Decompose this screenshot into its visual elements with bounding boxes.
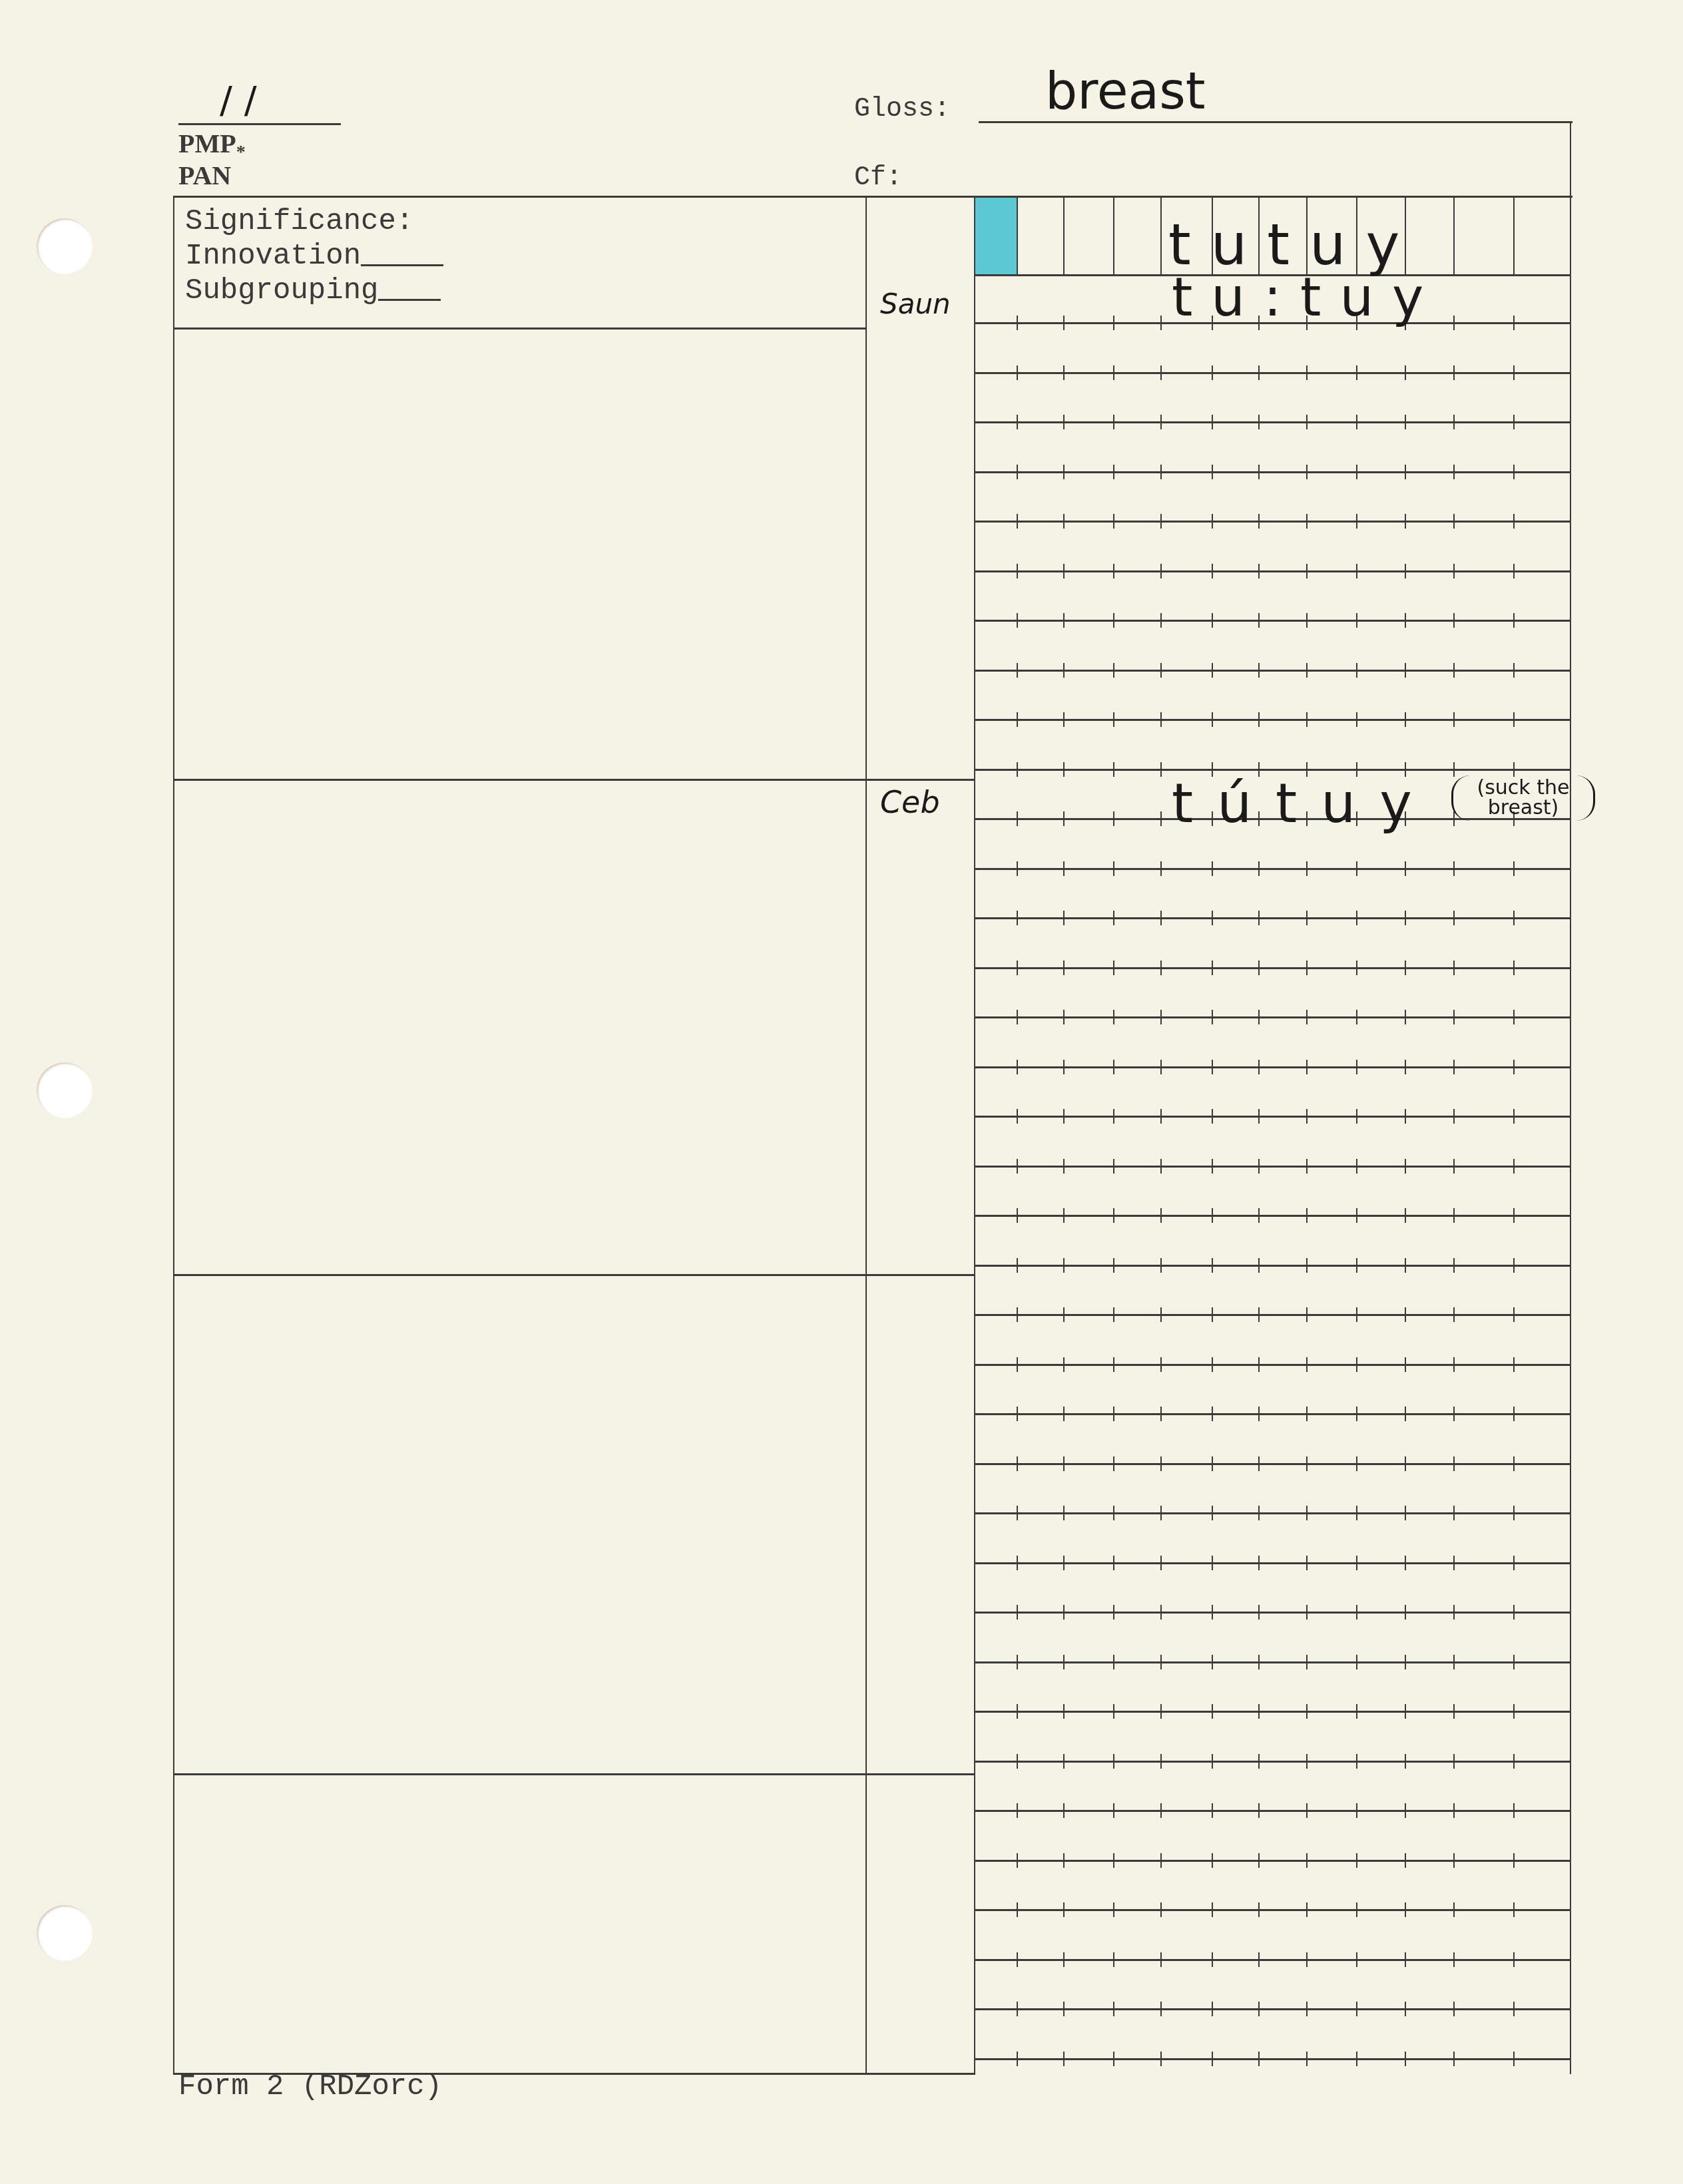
ruled-tick	[1453, 1208, 1455, 1223]
ruled-tick	[1212, 2002, 1213, 2016]
ruled-tick	[1017, 1010, 1018, 1024]
ruled-tick	[1356, 1357, 1357, 1372]
ruled-tick	[1017, 1853, 1018, 1868]
ruled-tick	[1405, 1704, 1406, 1719]
ruled-tick	[1513, 1109, 1515, 1124]
ruled-tick	[1212, 1109, 1213, 1124]
ruled-tick	[1453, 1704, 1455, 1719]
ruled-tick	[1212, 712, 1213, 727]
ruled-tick	[1306, 961, 1308, 975]
ruled-tick	[1405, 1902, 1406, 1917]
ruled-tick	[1212, 1754, 1213, 1769]
ruled-tick	[1453, 1754, 1455, 1769]
ruled-tick	[1063, 1902, 1065, 1917]
ruled-tick	[1063, 712, 1065, 727]
ruled-tick	[1160, 1803, 1162, 1818]
ruled-tick	[1453, 1010, 1455, 1024]
ruled-tick	[1453, 1060, 1455, 1074]
ruled-tick	[1063, 1952, 1065, 1967]
ruled-tick	[1113, 1853, 1114, 1868]
ruled-tick	[1356, 1902, 1357, 1917]
ruled-tick	[1258, 1655, 1260, 1669]
ruled-tick	[1356, 365, 1357, 380]
ruled-tick	[1063, 1704, 1065, 1719]
ruled-tick	[1513, 1754, 1515, 1769]
ruled-tick	[1306, 1902, 1308, 1917]
entry-form-saun[interactable]: tu:tuy	[1172, 266, 1442, 328]
ruled-tick	[1160, 1010, 1162, 1024]
ruled-tick	[1453, 1902, 1455, 1917]
ruled-tick	[1258, 961, 1260, 975]
ruled-tick	[1513, 1060, 1515, 1074]
ruled-tick	[1405, 1357, 1406, 1372]
entry-language-saun: Saun	[880, 288, 951, 320]
date-underline	[178, 123, 341, 125]
pan-label: PAN	[178, 160, 231, 191]
gloss-underline	[979, 121, 1572, 123]
ruled-tick	[1453, 861, 1455, 876]
ruled-tick	[1258, 415, 1260, 429]
ruled-tick	[1063, 1754, 1065, 1769]
ruled-tick	[1063, 1456, 1065, 1471]
ruled-tick	[1405, 2052, 1406, 2066]
ruled-tick	[1306, 1159, 1308, 1174]
ruled-tick	[1160, 1456, 1162, 1471]
ruled-tick	[1017, 861, 1018, 876]
ruled-tick	[1356, 415, 1357, 429]
ruled-tick	[1113, 1952, 1114, 1967]
date-slashes: / /	[220, 79, 257, 122]
ruled-tick	[1258, 1853, 1260, 1868]
ruled-tick	[1513, 1853, 1515, 1868]
gloss-value[interactable]: breast	[1045, 61, 1206, 120]
ruled-tick	[1405, 514, 1406, 529]
ruled-tick	[1113, 1605, 1114, 1620]
ruled-tick	[1513, 613, 1515, 628]
ruled-tick	[1453, 1506, 1455, 1520]
pmp-text: PMP	[178, 128, 236, 158]
ruled-tick	[1453, 712, 1455, 727]
ruled-tick	[1453, 465, 1455, 479]
ruled-tick	[1356, 514, 1357, 529]
ruled-tick	[1258, 1556, 1260, 1570]
cell-divider	[1113, 196, 1114, 276]
ruled-tick	[1306, 1605, 1308, 1620]
ruled-tick	[1160, 613, 1162, 628]
ruled-tick	[1017, 1952, 1018, 1967]
ruled-tick	[1258, 514, 1260, 529]
ruled-tick	[1453, 1605, 1455, 1620]
ruled-tick	[1453, 316, 1455, 330]
ruled-tick	[1017, 961, 1018, 975]
ruled-tick	[1356, 1952, 1357, 1967]
ruled-tick	[1212, 1556, 1213, 1570]
ruled-tick	[1212, 1605, 1213, 1620]
ruled-tick	[1356, 1853, 1357, 1868]
ruled-tick	[1405, 564, 1406, 578]
ruled-tick	[1017, 1754, 1018, 1769]
ruled-tick	[1405, 1952, 1406, 1967]
ruled-tick	[1306, 1258, 1308, 1273]
ruled-tick	[1356, 1456, 1357, 1471]
ruled-tick	[1513, 1159, 1515, 1174]
ruled-tick	[1405, 1556, 1406, 1570]
ruled-tick	[1212, 1159, 1213, 1174]
ruled-tick	[1017, 316, 1018, 330]
ruled-tick	[1513, 564, 1515, 578]
ruled-tick	[1306, 1456, 1308, 1471]
ruled-tick	[1212, 1704, 1213, 1719]
ruled-tick	[1017, 1704, 1018, 1719]
ruled-tick	[1160, 2002, 1162, 2016]
ruled-tick	[1453, 1159, 1455, 1174]
ruled-tick	[1513, 911, 1515, 925]
ruled-tick	[1113, 1754, 1114, 1769]
ruled-tick	[1405, 861, 1406, 876]
ruled-tick	[1113, 811, 1114, 826]
ruled-tick	[1405, 663, 1406, 678]
ruled-tick	[1160, 1556, 1162, 1570]
ruled-tick	[1212, 1803, 1213, 1818]
ruled-tick	[1513, 961, 1515, 975]
section-divider-2	[173, 1274, 975, 1276]
ruled-tick	[1063, 1159, 1065, 1174]
ruled-tick	[1356, 2052, 1357, 2066]
ruled-tick	[1405, 1159, 1406, 1174]
ruled-tick	[1212, 1010, 1213, 1024]
ruled-tick	[1063, 1208, 1065, 1223]
ruled-tick	[1513, 1605, 1515, 1620]
ruled-tick	[1513, 1556, 1515, 1570]
ruled-tick	[1306, 1109, 1308, 1124]
ruled-tick	[1356, 1704, 1357, 1719]
ruled-tick	[1405, 1605, 1406, 1620]
innovation-blank[interactable]	[361, 264, 443, 266]
ruled-tick	[1453, 1803, 1455, 1818]
ruled-tick	[1258, 1952, 1260, 1967]
ruled-tick	[1356, 2002, 1357, 2016]
section-divider-3	[173, 1773, 975, 1775]
ruled-tick	[1160, 861, 1162, 876]
ruled-tick	[1017, 415, 1018, 429]
ruled-tick	[1258, 2002, 1260, 2016]
ruled-tick	[1356, 1655, 1357, 1669]
ruled-tick	[1356, 1803, 1357, 1818]
ruled-tick	[1160, 564, 1162, 578]
ruled-tick	[1113, 1506, 1114, 1520]
ruled-tick	[1453, 663, 1455, 678]
ruled-tick	[1513, 2052, 1515, 2066]
ruled-tick	[1258, 1060, 1260, 1074]
ruled-tick	[1513, 1357, 1515, 1372]
ruled-tick	[1513, 1704, 1515, 1719]
ruled-tick	[1306, 911, 1308, 925]
ruled-tick	[1160, 365, 1162, 380]
ruled-tick	[1306, 1704, 1308, 1719]
ruled-tick	[1113, 415, 1114, 429]
ruled-tick	[1113, 465, 1114, 479]
ruled-tick	[1513, 1407, 1515, 1421]
ruled-tick	[1405, 613, 1406, 628]
ruled-tick	[1453, 1655, 1455, 1669]
ruled-tick	[1160, 1605, 1162, 1620]
ruled-tick	[1513, 861, 1515, 876]
ruled-tick	[1160, 1853, 1162, 1868]
ruled-tick	[1212, 613, 1213, 628]
ruled-tick	[1258, 1109, 1260, 1124]
ruled-tick	[1306, 1357, 1308, 1372]
ruled-tick	[1306, 1803, 1308, 1818]
ruled-tick	[1113, 1556, 1114, 1570]
subgrouping-blank[interactable]	[378, 299, 441, 301]
ruled-tick	[1063, 564, 1065, 578]
ruled-tick	[1017, 1208, 1018, 1223]
ruled-tick	[1160, 1357, 1162, 1372]
language-column-left-border	[865, 196, 867, 2074]
ruled-tick	[1063, 1853, 1065, 1868]
ruled-tick	[1453, 1952, 1455, 1967]
ruled-tick	[1453, 762, 1455, 777]
binder-hole-top	[37, 218, 93, 274]
ruled-tick	[1160, 465, 1162, 479]
ruled-tick	[1356, 712, 1357, 727]
ruled-tick	[1063, 1109, 1065, 1124]
ruled-tick	[1306, 1407, 1308, 1421]
ruled-tick	[1513, 1307, 1515, 1322]
ruled-tick	[1306, 861, 1308, 876]
ruled-tick	[1212, 514, 1213, 529]
ruled-tick	[1113, 1655, 1114, 1669]
ruled-tick	[1063, 1060, 1065, 1074]
ruled-tick	[1212, 1357, 1213, 1372]
ruled-tick	[1453, 1456, 1455, 1471]
ruled-tick	[1113, 1109, 1114, 1124]
ruled-tick	[1513, 1655, 1515, 1669]
ruled-tick	[1160, 1655, 1162, 1669]
ruled-tick	[1113, 712, 1114, 727]
ruled-tick	[1453, 1258, 1455, 1273]
ruled-tick	[1160, 1258, 1162, 1273]
ruled-tick	[1405, 1208, 1406, 1223]
ruled-tick	[1513, 1506, 1515, 1520]
ruled-tick	[1113, 911, 1114, 925]
ruled-tick	[1113, 1208, 1114, 1223]
ruled-tick	[1306, 1307, 1308, 1322]
ruled-tick	[1405, 961, 1406, 975]
ruled-tick	[1306, 1060, 1308, 1074]
ruled-tick	[1453, 961, 1455, 975]
ruled-tick	[1212, 1307, 1213, 1322]
ruled-tick	[1113, 1357, 1114, 1372]
ruled-tick	[1212, 1853, 1213, 1868]
ruled-tick	[1405, 465, 1406, 479]
ruled-tick	[1063, 316, 1065, 330]
ruled-tick	[1160, 1407, 1162, 1421]
ruled-tick	[1113, 762, 1114, 777]
ruled-tick	[1258, 1902, 1260, 1917]
ruled-tick	[1513, 1803, 1515, 1818]
ruled-tick	[1306, 1952, 1308, 1967]
innovation-field[interactable]: Innovation	[185, 240, 443, 273]
ruled-tick	[1356, 1754, 1357, 1769]
ruled-tick	[1063, 613, 1065, 628]
ruled-tick	[1063, 1655, 1065, 1669]
ruled-tick	[1113, 514, 1114, 529]
ruled-tick	[1063, 1506, 1065, 1520]
ruled-tick	[1212, 1208, 1213, 1223]
ruled-tick	[1212, 2052, 1213, 2066]
ruled-tick	[1258, 1407, 1260, 1421]
ruled-tick	[1306, 1556, 1308, 1570]
ruled-tick	[1113, 1902, 1114, 1917]
ruled-tick	[1160, 1060, 1162, 1074]
ruled-tick	[1113, 564, 1114, 578]
ruled-tick	[1160, 1952, 1162, 1967]
ruled-tick	[1212, 1258, 1213, 1273]
ruled-tick	[1212, 861, 1213, 876]
ruled-tick	[1405, 1754, 1406, 1769]
ruled-tick	[1453, 911, 1455, 925]
ruled-tick	[1212, 1655, 1213, 1669]
cell-divider	[1017, 196, 1018, 276]
ruled-tick	[1017, 1655, 1018, 1669]
ruled-tick	[1160, 316, 1162, 330]
ruled-tick	[1063, 1605, 1065, 1620]
ruled-tick	[1356, 1010, 1357, 1024]
form-top-border	[173, 196, 1572, 198]
ruled-tick	[1017, 1159, 1018, 1174]
ruled-tick	[1017, 564, 1018, 578]
ruled-tick	[1306, 1655, 1308, 1669]
ruled-tick	[1306, 1506, 1308, 1520]
cell-divider	[1513, 196, 1515, 276]
ruled-tick	[1113, 1258, 1114, 1273]
ruled-tick	[1306, 564, 1308, 578]
ruled-tick	[1063, 2002, 1065, 2016]
ruled-tick	[1405, 2002, 1406, 2016]
entry-language-ceb: Ceb	[880, 784, 940, 820]
ruled-tick	[1356, 1307, 1357, 1322]
ruled-tick	[1513, 316, 1515, 330]
ruled-tick	[1160, 1754, 1162, 1769]
ruled-tick	[1513, 514, 1515, 529]
cell-divider	[1063, 196, 1065, 276]
ruled-tick	[1113, 1704, 1114, 1719]
ruled-tick	[1405, 1109, 1406, 1124]
grid-right-border	[1570, 196, 1571, 2074]
ruled-tick	[1405, 1258, 1406, 1273]
ruled-tick	[1017, 2052, 1018, 2066]
ruled-tick	[1405, 1506, 1406, 1520]
ruled-tick	[1017, 663, 1018, 678]
ruled-tick	[1017, 811, 1018, 826]
ruled-tick	[1113, 961, 1114, 975]
ruled-tick	[1017, 1307, 1018, 1322]
ruled-tick	[1017, 465, 1018, 479]
ruled-tick	[1113, 2002, 1114, 2016]
reconstruction-highlight	[975, 198, 1017, 275]
ruled-tick	[1160, 415, 1162, 429]
ruled-tick	[1513, 663, 1515, 678]
ruled-tick	[1306, 415, 1308, 429]
ruled-tick	[1513, 712, 1515, 727]
ruled-tick	[1356, 911, 1357, 925]
ruled-tick	[1356, 564, 1357, 578]
ruled-tick	[1258, 1357, 1260, 1372]
ruled-tick	[1356, 1258, 1357, 1273]
ruled-tick	[1513, 415, 1515, 429]
ruled-tick	[1513, 1258, 1515, 1273]
ruled-tick	[1063, 1307, 1065, 1322]
entry-form-ceb[interactable]: tútuy	[1172, 772, 1436, 835]
ruled-tick	[1212, 564, 1213, 578]
form-left-border	[173, 196, 174, 2074]
ruled-tick	[1212, 1456, 1213, 1471]
ruled-tick	[1513, 365, 1515, 380]
ruled-tick	[1113, 1010, 1114, 1024]
ruled-tick	[1113, 1803, 1114, 1818]
ruled-tick	[1160, 1109, 1162, 1124]
ruled-tick	[1405, 1803, 1406, 1818]
ruled-tick	[1453, 2052, 1455, 2066]
ruled-tick	[1453, 1407, 1455, 1421]
ruled-tick	[1306, 712, 1308, 727]
significance-title: Significance:	[185, 205, 413, 238]
ruled-tick	[1258, 365, 1260, 380]
pmp-label: PMP*	[178, 128, 246, 163]
innovation-label: Innovation	[185, 240, 361, 273]
ruled-tick	[1063, 1556, 1065, 1570]
ruled-tick	[1405, 365, 1406, 380]
ruled-tick	[1063, 762, 1065, 777]
ruled-tick	[1306, 365, 1308, 380]
ruled-tick	[1160, 1159, 1162, 1174]
ruled-tick	[1063, 415, 1065, 429]
ruled-tick	[1160, 811, 1162, 826]
ruled-tick	[1258, 1456, 1260, 1471]
ruled-tick	[1212, 1060, 1213, 1074]
ruled-tick	[1017, 1060, 1018, 1074]
ruled-tick	[1405, 911, 1406, 925]
ruled-tick	[1453, 1357, 1455, 1372]
gloss-label: Gloss:	[854, 95, 950, 124]
ruled-tick	[1212, 365, 1213, 380]
ruled-tick	[1405, 1407, 1406, 1421]
ruled-tick	[1160, 2052, 1162, 2066]
ruled-tick	[1405, 1307, 1406, 1322]
ruled-tick	[1160, 961, 1162, 975]
ruled-tick	[1258, 1307, 1260, 1322]
ruled-tick	[1113, 2052, 1114, 2066]
ruled-tick	[1113, 613, 1114, 628]
ruled-tick	[1405, 1853, 1406, 1868]
ruled-tick	[1113, 1307, 1114, 1322]
ruled-tick	[1017, 613, 1018, 628]
ruled-tick	[1063, 1357, 1065, 1372]
ruled-tick	[1258, 1605, 1260, 1620]
subgrouping-field[interactable]: Subgrouping	[185, 274, 441, 308]
ruled-tick	[1405, 1060, 1406, 1074]
ruled-tick	[1453, 564, 1455, 578]
ruled-tick	[1453, 2002, 1455, 2016]
ruled-tick	[1063, 1258, 1065, 1273]
ruled-tick	[1063, 365, 1065, 380]
ruled-tick	[1063, 2052, 1065, 2066]
ruled-tick	[1258, 1803, 1260, 1818]
ruled-tick	[1513, 762, 1515, 777]
cf-label: Cf:	[854, 163, 902, 193]
ruled-tick	[1453, 613, 1455, 628]
